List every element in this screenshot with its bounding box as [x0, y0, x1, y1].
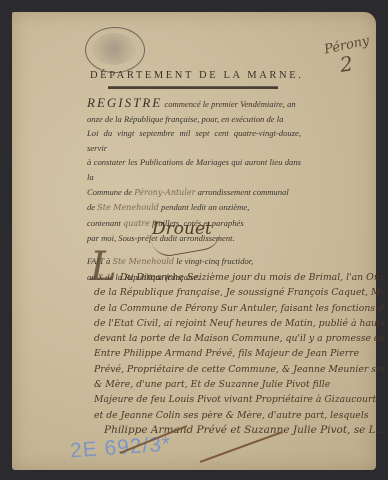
manuscript-line: de la République française, Je soussigné…	[94, 285, 384, 300]
manuscript-entry: Du Dimanche Seizième jour du mois de Bri…	[94, 270, 384, 438]
printed-line: REGISTRE commencé le premier Vendémiaire…	[87, 96, 301, 112]
manuscript-line: de l'Etat Civil, ai rejoint Neuf heures …	[94, 316, 384, 331]
manuscript-line: Majeure de feu Louis Pivot vivant Propri…	[94, 392, 384, 407]
handwritten-fill: Pérony-Antuler	[134, 188, 195, 197]
printed-line: à constater les Publications de Mariages…	[87, 155, 301, 184]
handwritten-fill: Ste Menehould	[97, 203, 159, 212]
printed-line: de Ste Menehould pendant ledit an onzièm…	[87, 200, 301, 216]
department-heading: DÉPARTEMENT DE LA MARNE.	[90, 70, 303, 81]
handwritten-fill: Ste Menehould	[112, 257, 174, 266]
printed-line: Commune de Pérony-Antuler arrondissement…	[87, 185, 301, 201]
official-stamp	[85, 27, 145, 73]
manuscript-line: et de Jeanne Colin ses père & Mère, d'au…	[94, 408, 384, 423]
manuscript-line: devant la porte de la Maison Commune, qu…	[94, 331, 384, 346]
corner-number: 2	[338, 51, 354, 77]
document-page: Pérony 2 DÉPARTEMENT DE LA MARNE. REGIST…	[12, 12, 376, 470]
manuscript-line: Du Dimanche Seizième jour du mois de Bri…	[94, 270, 384, 285]
manuscript-line: Prévé, Propriétaire de cette Commune, & …	[94, 362, 384, 377]
stamp-seal-icon	[92, 33, 136, 65]
manuscript-line: de la Commune de Pérony Sur Antuler, fai…	[94, 301, 384, 316]
manuscript-line: & Mère, d'une part, Et de Suzanne Julie …	[94, 377, 384, 392]
manuscript-line: Entre Philippe Armand Prévé, fils Majeur…	[94, 346, 384, 361]
printed-line: onze de la République française, pour, e…	[87, 112, 301, 127]
heading-rule	[108, 86, 278, 89]
printed-line: Loi du vingt septembre mil sept cent qua…	[87, 126, 301, 155]
handwritten-fill: quatre	[123, 219, 150, 228]
fait-line: FAIT à Ste Menehould le vingt-cinq fruct…	[87, 254, 301, 270]
printed-register-text: REGISTRE commencé le premier Vendémiaire…	[87, 96, 301, 284]
